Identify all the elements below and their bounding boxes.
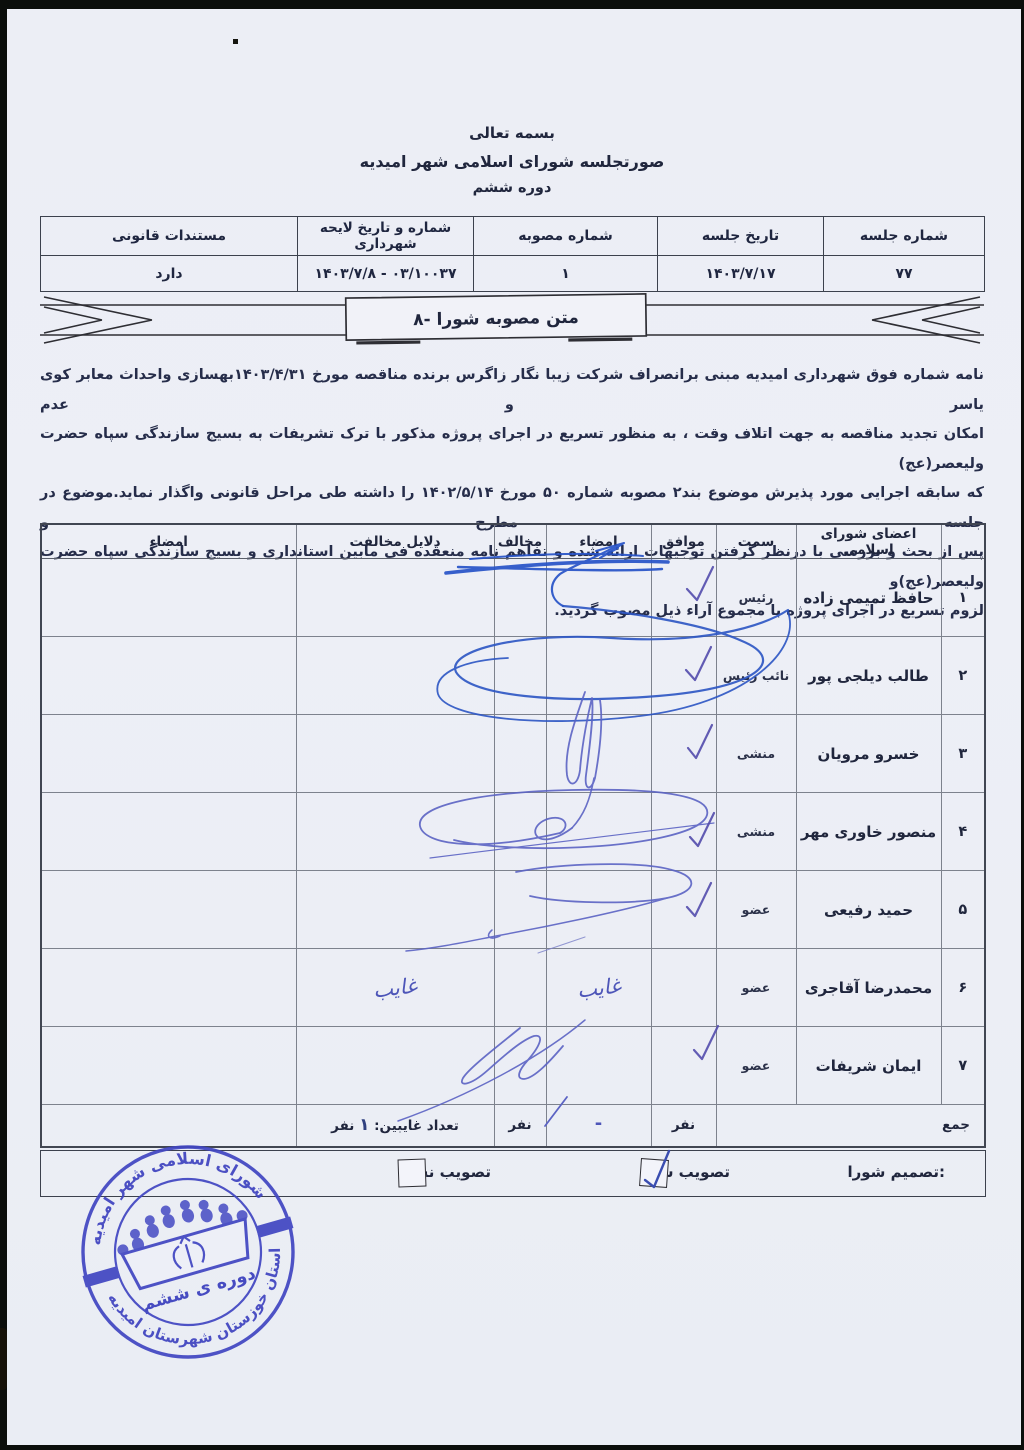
session-info-table: شماره جلسه تاریخ جلسه شماره مصوبه شماره …: [40, 216, 985, 292]
member-row: ۱ حافظ تمیمی زاده رئیس: [41, 559, 985, 637]
member-position: منشی: [716, 715, 796, 793]
signature2-header: امضاء: [41, 524, 296, 559]
signature2-cell: [41, 1027, 296, 1105]
bismillah-text: بسمه تعالی: [40, 124, 984, 142]
member-position: نائب رئیس: [716, 637, 796, 715]
member-name: خسرو مرویان: [796, 715, 941, 793]
signature2-cell: [41, 559, 296, 637]
oppose-cell: [494, 949, 546, 1027]
council-stamp: شورای اسلامی شهر امیدیه استان خوزستان شه…: [64, 1126, 312, 1378]
row-number: ۷: [941, 1027, 985, 1105]
row-number: ۴: [941, 793, 985, 871]
session-date-label: تاریخ جلسه: [658, 217, 824, 256]
totals-label: جمع: [716, 1105, 985, 1147]
absent-handwriting: غایب: [372, 973, 418, 1002]
member-position: منشی: [716, 793, 796, 871]
session-date-value: ۱۴۰۳/۷/۱۷: [658, 256, 824, 292]
member-position: رئیس: [716, 559, 796, 637]
oppose-reason-cell: [296, 793, 494, 871]
row-number-header: [941, 524, 985, 559]
council-period: دوره ششم: [40, 180, 984, 196]
signature-cell: [546, 715, 651, 793]
agree-header: موافق: [651, 524, 716, 559]
member-row: ۲ طالب دیلجی پور نائب رئیس: [41, 637, 985, 715]
row-number: ۶: [941, 949, 985, 1027]
session-number-value: ۷۷: [824, 256, 985, 292]
oppose-reason-cell: [296, 559, 494, 637]
vote-table: اعضای شورای اسلامی سمت موافق امضاء مخالف…: [40, 523, 986, 1148]
absentees-count: ۱: [359, 1115, 369, 1135]
document-title: صورتجلسه شورای اسلامی شهر امیدیه: [40, 152, 984, 171]
oppose-reason-cell: [296, 637, 494, 715]
member-name: ایمان شریفات: [796, 1027, 941, 1105]
oppose-cell: [494, 637, 546, 715]
agree-cell: [651, 559, 716, 637]
legal-docs-value: دارد: [41, 256, 298, 292]
stamp-side-bar: [83, 1266, 121, 1287]
member-name: منصور خاوری مهر: [796, 793, 941, 871]
agree-cell: [651, 715, 716, 793]
signature2-cell: [41, 637, 296, 715]
document-header: بسمه تعالی صورتجلسه شورای اسلامی شهر امی…: [40, 124, 984, 196]
member-row: ۴ منصور خاوری مهر منشی: [41, 793, 985, 871]
member-position: عضو: [716, 949, 796, 1027]
oppose-reason-cell: [296, 871, 494, 949]
signature-total-cell: -: [546, 1105, 651, 1147]
agree-cell: [651, 637, 716, 715]
row-number: ۲: [941, 637, 985, 715]
resolution-line: امکان تجدید مناقصه به جهت اتلاف وقت ، به…: [40, 420, 984, 479]
info-header-row: شماره جلسه تاریخ جلسه شماره مصوبه شماره …: [41, 217, 985, 256]
signature2-cell: [41, 793, 296, 871]
resolution-line: نامه شماره فوق شهرداری امیدیه مبنی برانص…: [40, 361, 984, 420]
member-name: حافظ تمیمی زاده: [796, 559, 941, 637]
signature-cell: [546, 637, 651, 715]
decision-label: تصمیم شورا:: [847, 1163, 945, 1181]
row-number: ۱: [941, 559, 985, 637]
oppose-cell: [494, 871, 546, 949]
position-header: سمت: [716, 524, 796, 559]
member-position: عضو: [716, 871, 796, 949]
signature-header: امضاء: [546, 524, 651, 559]
member-position: عضو: [716, 1027, 796, 1105]
oppose-reason-cell: غایب: [296, 949, 494, 1027]
member-row: ۵ حمید رفیعی عضو: [41, 871, 985, 949]
member-row-absent: ۶ محمدرضا آقاجری عضو غایب غایب: [41, 949, 985, 1027]
absentees-cell: تعداد غایبین: ۱ نفر: [296, 1105, 494, 1147]
signature2-cell: [41, 949, 296, 1027]
row-number: ۳: [941, 715, 985, 793]
agree-cell: [651, 1027, 716, 1105]
signature2-cell: [41, 871, 296, 949]
resolution-number-label: شماره مصوبه: [474, 217, 658, 256]
legal-docs-label: مستندات قانونی: [41, 217, 298, 256]
oppose-cell: [494, 715, 546, 793]
oppose-header: مخالف: [494, 524, 546, 559]
oppose-count-cell: نفر: [494, 1105, 546, 1147]
resolution-number-value: ۱: [474, 256, 658, 292]
members-header: اعضای شورای اسلامی: [796, 524, 941, 559]
session-number-label: شماره جلسه: [824, 217, 985, 256]
oppose-cell: [494, 559, 546, 637]
scanned-document-page: { "header": { "bismillah": "بسمه تعالی",…: [0, 0, 1024, 1450]
oppose-cell: [494, 793, 546, 871]
signature-cell: [546, 1027, 651, 1105]
member-name: طالب دیلجی پور: [796, 637, 941, 715]
oppose-reason-cell: [296, 715, 494, 793]
scan-artifact-edge: [0, 1328, 7, 1390]
scan-artifact-dot: [233, 39, 238, 44]
row-number: ۵: [941, 871, 985, 949]
approved-checkbox: [639, 1158, 669, 1188]
agree-cell: [651, 871, 716, 949]
agree-cell: [651, 793, 716, 871]
stamp-side-bar: [256, 1216, 294, 1237]
signature-cell: [546, 793, 651, 871]
oppose-reasons-header: دلایل مخالفت: [296, 524, 494, 559]
member-name: محمدرضا آقاجری: [796, 949, 941, 1027]
rejected-checkbox: [398, 1159, 427, 1188]
signature-cell: [546, 559, 651, 637]
oppose-reason-cell: [296, 1027, 494, 1105]
signature2-cell: [41, 715, 296, 793]
agree-cell: [651, 949, 716, 1027]
signature-cell: غایب: [546, 949, 651, 1027]
bill-number-date-label: شماره و تاریخ لایحه شهرداری: [298, 217, 474, 256]
absentees-unit: نفر: [331, 1118, 354, 1134]
bill-number-date-value: ۰۳/۱۰۰۳۷ - ۱۴۰۳/۷/۸: [298, 256, 474, 292]
member-row: ۷ ایمان شریفات عضو: [41, 1027, 985, 1105]
agree-count-cell: نفر: [651, 1105, 716, 1147]
absentees-label: تعداد غایبین:: [374, 1118, 459, 1134]
handwritten-dash: -: [595, 1113, 602, 1134]
member-name: حمید رفیعی: [796, 871, 941, 949]
vote-header-row: اعضای شورای اسلامی سمت موافق امضاء مخالف…: [41, 524, 985, 559]
info-value-row: ۷۷ ۱۴۰۳/۷/۱۷ ۱ ۰۳/۱۰۰۳۷ - ۱۴۰۳/۷/۸ دارد: [41, 256, 985, 292]
section-ribbon: ۸- متن مصوبه شورا: [40, 292, 984, 348]
member-row: ۳ خسرو مرویان منشی: [41, 715, 985, 793]
section-title: ۸- متن مصوبه شورا: [413, 308, 579, 330]
oppose-cell: [494, 1027, 546, 1105]
absent-handwriting: غایب: [575, 973, 621, 1002]
signature-cell: [546, 871, 651, 949]
